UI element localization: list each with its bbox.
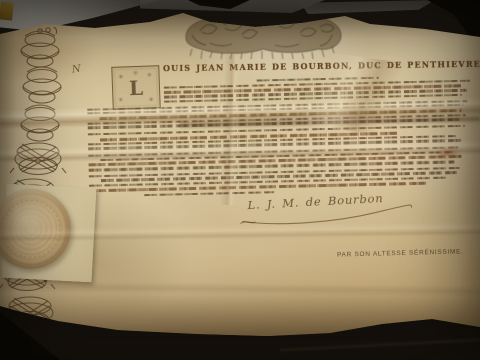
photo-stage: N L OUIS JEAN MARIE DE BOURBON, DUC DE P… <box>0 0 480 360</box>
signature-block: L. J. M. de Bourbon <box>237 189 417 234</box>
attestation-line: PAR SON ALTESSE SÉRÉNISSIME. <box>337 248 464 258</box>
left-edge-shading <box>0 0 16 360</box>
marginal-letter: N <box>71 64 81 76</box>
brass-object <box>0 1 14 20</box>
text-line <box>144 191 274 196</box>
right-edge-shading <box>458 0 480 360</box>
parchment-document: N L OUIS JEAN MARIE DE BOURBON, DUC DE P… <box>0 0 480 360</box>
